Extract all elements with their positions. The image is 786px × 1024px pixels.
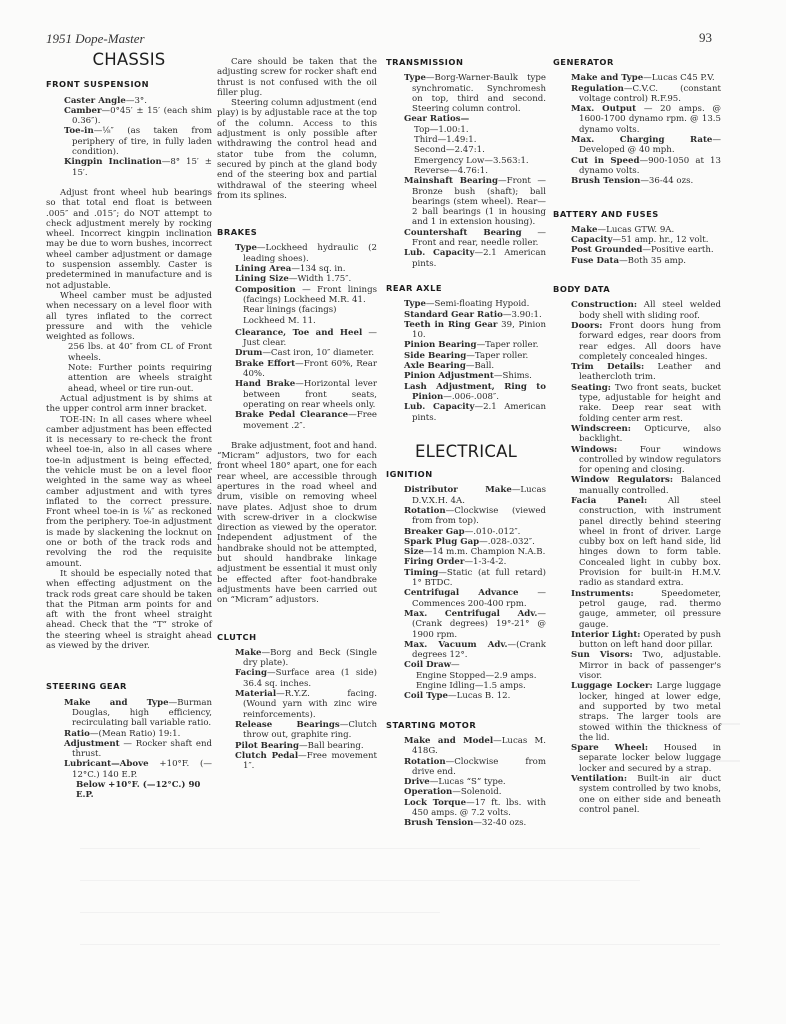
spec-item: Facing—Surface area (1 side) 36.4 sq. in… <box>217 668 377 689</box>
spec-item: Make and Type—Burman Douglas, high effic… <box>46 698 212 729</box>
spec-item: Regulation—C.V.C. (constant voltage cont… <box>553 84 721 105</box>
spec-item: Type—Semi-floating Hypoid. <box>386 299 546 309</box>
spec-item: Kingpin Inclination—8° 15′ ± 15′. <box>46 157 212 178</box>
lubricant-below: Below +10°F. (—12°C.) 90 E.P. <box>46 780 212 801</box>
paragraph: It should be especially noted that when … <box>46 569 212 651</box>
spec-item: Drive—Lucas “S” type. <box>386 777 546 787</box>
spec-item: Hand Brake—Horizontal lever between fron… <box>217 379 377 410</box>
spec-item: Caster Angle—3°. <box>46 96 212 106</box>
spec-item: Seating: Two front seats, bucket type, a… <box>553 383 721 424</box>
spec-item: Instruments: Speedometer, petrol gauge, … <box>553 589 721 630</box>
spec-item: Countershaft Bearing — Front and rear, n… <box>386 228 546 249</box>
spec-item: Firing Order—1-3-4-2. <box>386 557 546 567</box>
spec-item: Max. Output — 20 amps. @ 1600-1700 dynam… <box>553 104 721 135</box>
brakes-heading: BRAKES <box>217 227 377 237</box>
document-page: 1951 Dope-Master 93 CHASSIS FRONT SUSPEN… <box>0 0 786 1024</box>
spec-item: Teeth in Ring Gear 39, Pinion 10. <box>386 320 546 341</box>
column-2: Care should be taken that the adjusting … <box>217 57 377 771</box>
generator-heading: GENERATOR <box>553 57 721 67</box>
spec-item: Operation—Solenoid. <box>386 787 546 797</box>
body-data-heading: BODY DATA <box>553 284 721 294</box>
spec-item: Luggage Locker: Large luggage locker, hi… <box>553 681 721 743</box>
spec-item: Windows: Four windows controlled by wind… <box>553 445 721 476</box>
spec-item: Lining Size—Width 1.75″. <box>217 274 377 284</box>
spec-item: Max. Vacuum Adv.—(Crank degrees 12°. <box>386 640 546 661</box>
spec-item: Mainshaft Bearing—Front — Bronze bush (s… <box>386 176 546 227</box>
spec-item: Clutch Pedal—Free movement 1″. <box>217 751 377 772</box>
paragraph: Wheel camber must be adjusted when neces… <box>46 291 212 342</box>
spec-item: Sun Visors: Two, adjustable. Mirror in b… <box>553 650 721 681</box>
coil-draw-item: Engine Stopped—2.9 amps. <box>386 671 546 681</box>
spec-item: Post Grounded—Positive earth. <box>553 245 721 255</box>
gear-ratio: Top—1.00:1. <box>386 125 546 135</box>
paragraph: TOE-IN: In all cases where wheel camber … <box>46 415 212 569</box>
spec-item: Axle Bearing—Ball. <box>386 361 546 371</box>
spec-item: Rotation—Clockwise (viewed from from top… <box>386 506 546 527</box>
spec-item: Make and Type—Lucas C45 P.V. <box>553 73 721 83</box>
spec-item: Interior Light: Operated by push button … <box>553 630 721 651</box>
gear-ratio: Reverse—4.76:1. <box>386 166 546 176</box>
note: Note: Further points requiring attention… <box>46 363 212 394</box>
spec-item: Window Regulators: Balanced manually con… <box>553 475 721 496</box>
spec-item: Lub. Capacity—2.1 American pints. <box>386 402 546 423</box>
chassis-title: CHASSIS <box>46 55 212 65</box>
spec-item: Facia Panel: All steel construction, wit… <box>553 496 721 589</box>
starting-motor-heading: STARTING MOTOR <box>386 720 546 730</box>
spec-item: Drum—Cast iron, 10″ diameter. <box>217 348 377 358</box>
spec-item: Cut in Speed—900-1050 at 13 dynamo volts… <box>553 156 721 177</box>
spec-item: Pinion Adjustment—Shims. <box>386 371 546 381</box>
spec-item: Toe-in—⅛″ (as taken from periphery of ti… <box>46 126 212 157</box>
spec-item: Composition — Front linings (facings) Lo… <box>217 285 377 306</box>
spec-item: Timing—Static (at full retard) 1° BTDC. <box>386 568 546 589</box>
paragraph: Care should be taken that the adjusting … <box>217 57 377 98</box>
transmission-heading: TRANSMISSION <box>386 57 546 67</box>
page-number: 93 <box>699 30 712 46</box>
gear-ratios-label: Gear Ratios— <box>386 114 546 124</box>
spec-item: Distributor Make—Lucas D.V.X.H. 4A. <box>386 485 546 506</box>
battery-heading: BATTERY AND FUSES <box>553 209 721 219</box>
spec-item: Max. Charging Rate—Developed @ 40 mph. <box>553 135 721 156</box>
spec-item: Side Bearing—Taper roller. <box>386 351 546 361</box>
spec-item: Brush Tension—32-40 ozs. <box>386 818 546 828</box>
spec-item: Fuse Data—Both 35 amp. <box>553 256 721 266</box>
spec-item: Breaker Gap—.010-.012″. <box>386 527 546 537</box>
gear-ratio: Second—2.47:1. <box>386 145 546 155</box>
spec-item: Trim Details: Leather and leathercloth t… <box>553 362 721 383</box>
steering-gear-heading: STEERING GEAR <box>46 681 212 691</box>
spec-item: Capacity—51 amp. hr., 12 volt. <box>553 235 721 245</box>
front-suspension-specs: Caster Angle—3°. Camber—0°45′ ± 15′ (eac… <box>46 96 212 178</box>
spec-item: Spare Wheel: Housed in separate locker b… <box>553 743 721 774</box>
spec-item: Make—Lucas GTW. 9A. <box>553 225 721 235</box>
rear-axle-heading: REAR AXLE <box>386 283 546 293</box>
spec-item: Construction: All steel welded body shel… <box>553 300 721 321</box>
spec-item: Clearance, Toe and Heel — Just clear. <box>217 328 377 349</box>
spec-item: Lining Area—134 sq. in. <box>217 264 377 274</box>
spec-item: Release Bearings—Clutch throw out, graph… <box>217 720 377 741</box>
spec-item: Max. Centrifugal Adv.—(Crank degrees) 19… <box>386 609 546 640</box>
spec-item: Lock Torque—17 ft. lbs. with 450 amps. @… <box>386 798 546 819</box>
column-4: GENERATOR Make and Type—Lucas C45 P.V. R… <box>553 57 721 815</box>
spec-item: Coil Type—Lucas B. 12. <box>386 691 546 701</box>
running-header: 1951 Dope-Master <box>46 31 145 47</box>
clutch-heading: CLUTCH <box>217 632 377 642</box>
spec-item: Size—14 m.m. Champion N.A.B. <box>386 547 546 557</box>
paragraph: Actual adjustment is by shims at the upp… <box>46 394 212 415</box>
spec-item: Type—Borg-Warner-Baulk type synchromatic… <box>386 73 546 114</box>
spec-item: Coil Draw— <box>386 660 546 670</box>
spec-item: Pinion Bearing—Taper roller. <box>386 340 546 350</box>
spec-item: Type—Lockheed hydraulic (2 leading shoes… <box>217 243 377 264</box>
spec-item: Lash Adjustment, Ring to Pinion—.006-.00… <box>386 382 546 403</box>
gear-ratio: Third—1.49:1. <box>386 135 546 145</box>
weight-note: 256 lbs. at 40″ from CL of Front wheels. <box>46 342 212 363</box>
spec-item: Make and Model—Lucas M. 418G. <box>386 736 546 757</box>
front-suspension-heading: FRONT SUSPENSION <box>46 79 212 89</box>
coil-draw-item: Engine Idling—1.5 amps. <box>386 681 546 691</box>
paragraph: Brake adjustment, foot and hand. “Micram… <box>217 441 377 606</box>
composition-rear: Rear linings (facings) Lockheed M. 11. <box>217 305 377 326</box>
ignition-heading: IGNITION <box>386 469 546 479</box>
spec-item: Ratio—(Mean Ratio) 19:1. <box>46 729 212 739</box>
spec-item: Spark Plug Gap—.028-.032″. <box>386 537 546 547</box>
spec-item: Doors: Front doors hung from forward edg… <box>553 321 721 362</box>
spec-item: Material—R.Y.Z. facing. (Wound yarn with… <box>217 689 377 720</box>
spec-item: Lubricant—Above +10°F. (—12°C.) 140 E.P. <box>46 759 212 780</box>
spec-item: Standard Gear Ratio—3.90:1. <box>386 310 546 320</box>
gear-ratio: Emergency Low—3.563:1. <box>386 156 546 166</box>
spec-item: Make—Borg and Beck (Single dry plate). <box>217 648 377 669</box>
spec-item: Camber—0°45′ ± 15′ (each shim 0.36″). <box>46 106 212 127</box>
column-3: TRANSMISSION Type—Borg-Warner-Baulk type… <box>386 57 546 829</box>
paragraph: Steering column adjustment (end play) is… <box>217 98 377 201</box>
spec-item: Adjustment — Rocker shaft end thrust. <box>46 739 212 760</box>
spec-item: Ventilation: Built-in air duct system co… <box>553 774 721 815</box>
spec-item: Windscreen: Opticurve, also backlight. <box>553 424 721 445</box>
electrical-title: ELECTRICAL <box>386 447 546 457</box>
spec-item: Centrifugal Advance — Commences 200-400 … <box>386 588 546 609</box>
column-1: CHASSIS FRONT SUSPENSION Caster Angle—3°… <box>46 55 212 801</box>
spec-item: Brake Effort—Front 60%, Rear 40%. <box>217 359 377 380</box>
spec-item: Brake Pedal Clearance—Free movement .2″. <box>217 410 377 431</box>
paragraph: Adjust front wheel hub bearings so that … <box>46 188 212 291</box>
spec-item: Pilot Bearing—Ball bearing. <box>217 741 377 751</box>
spec-item: Lub. Capacity—2.1 American pints. <box>386 248 546 269</box>
spec-item: Brush Tension—36-44 ozs. <box>553 176 721 186</box>
spec-item: Rotation—Clockwise from drive end. <box>386 757 546 778</box>
